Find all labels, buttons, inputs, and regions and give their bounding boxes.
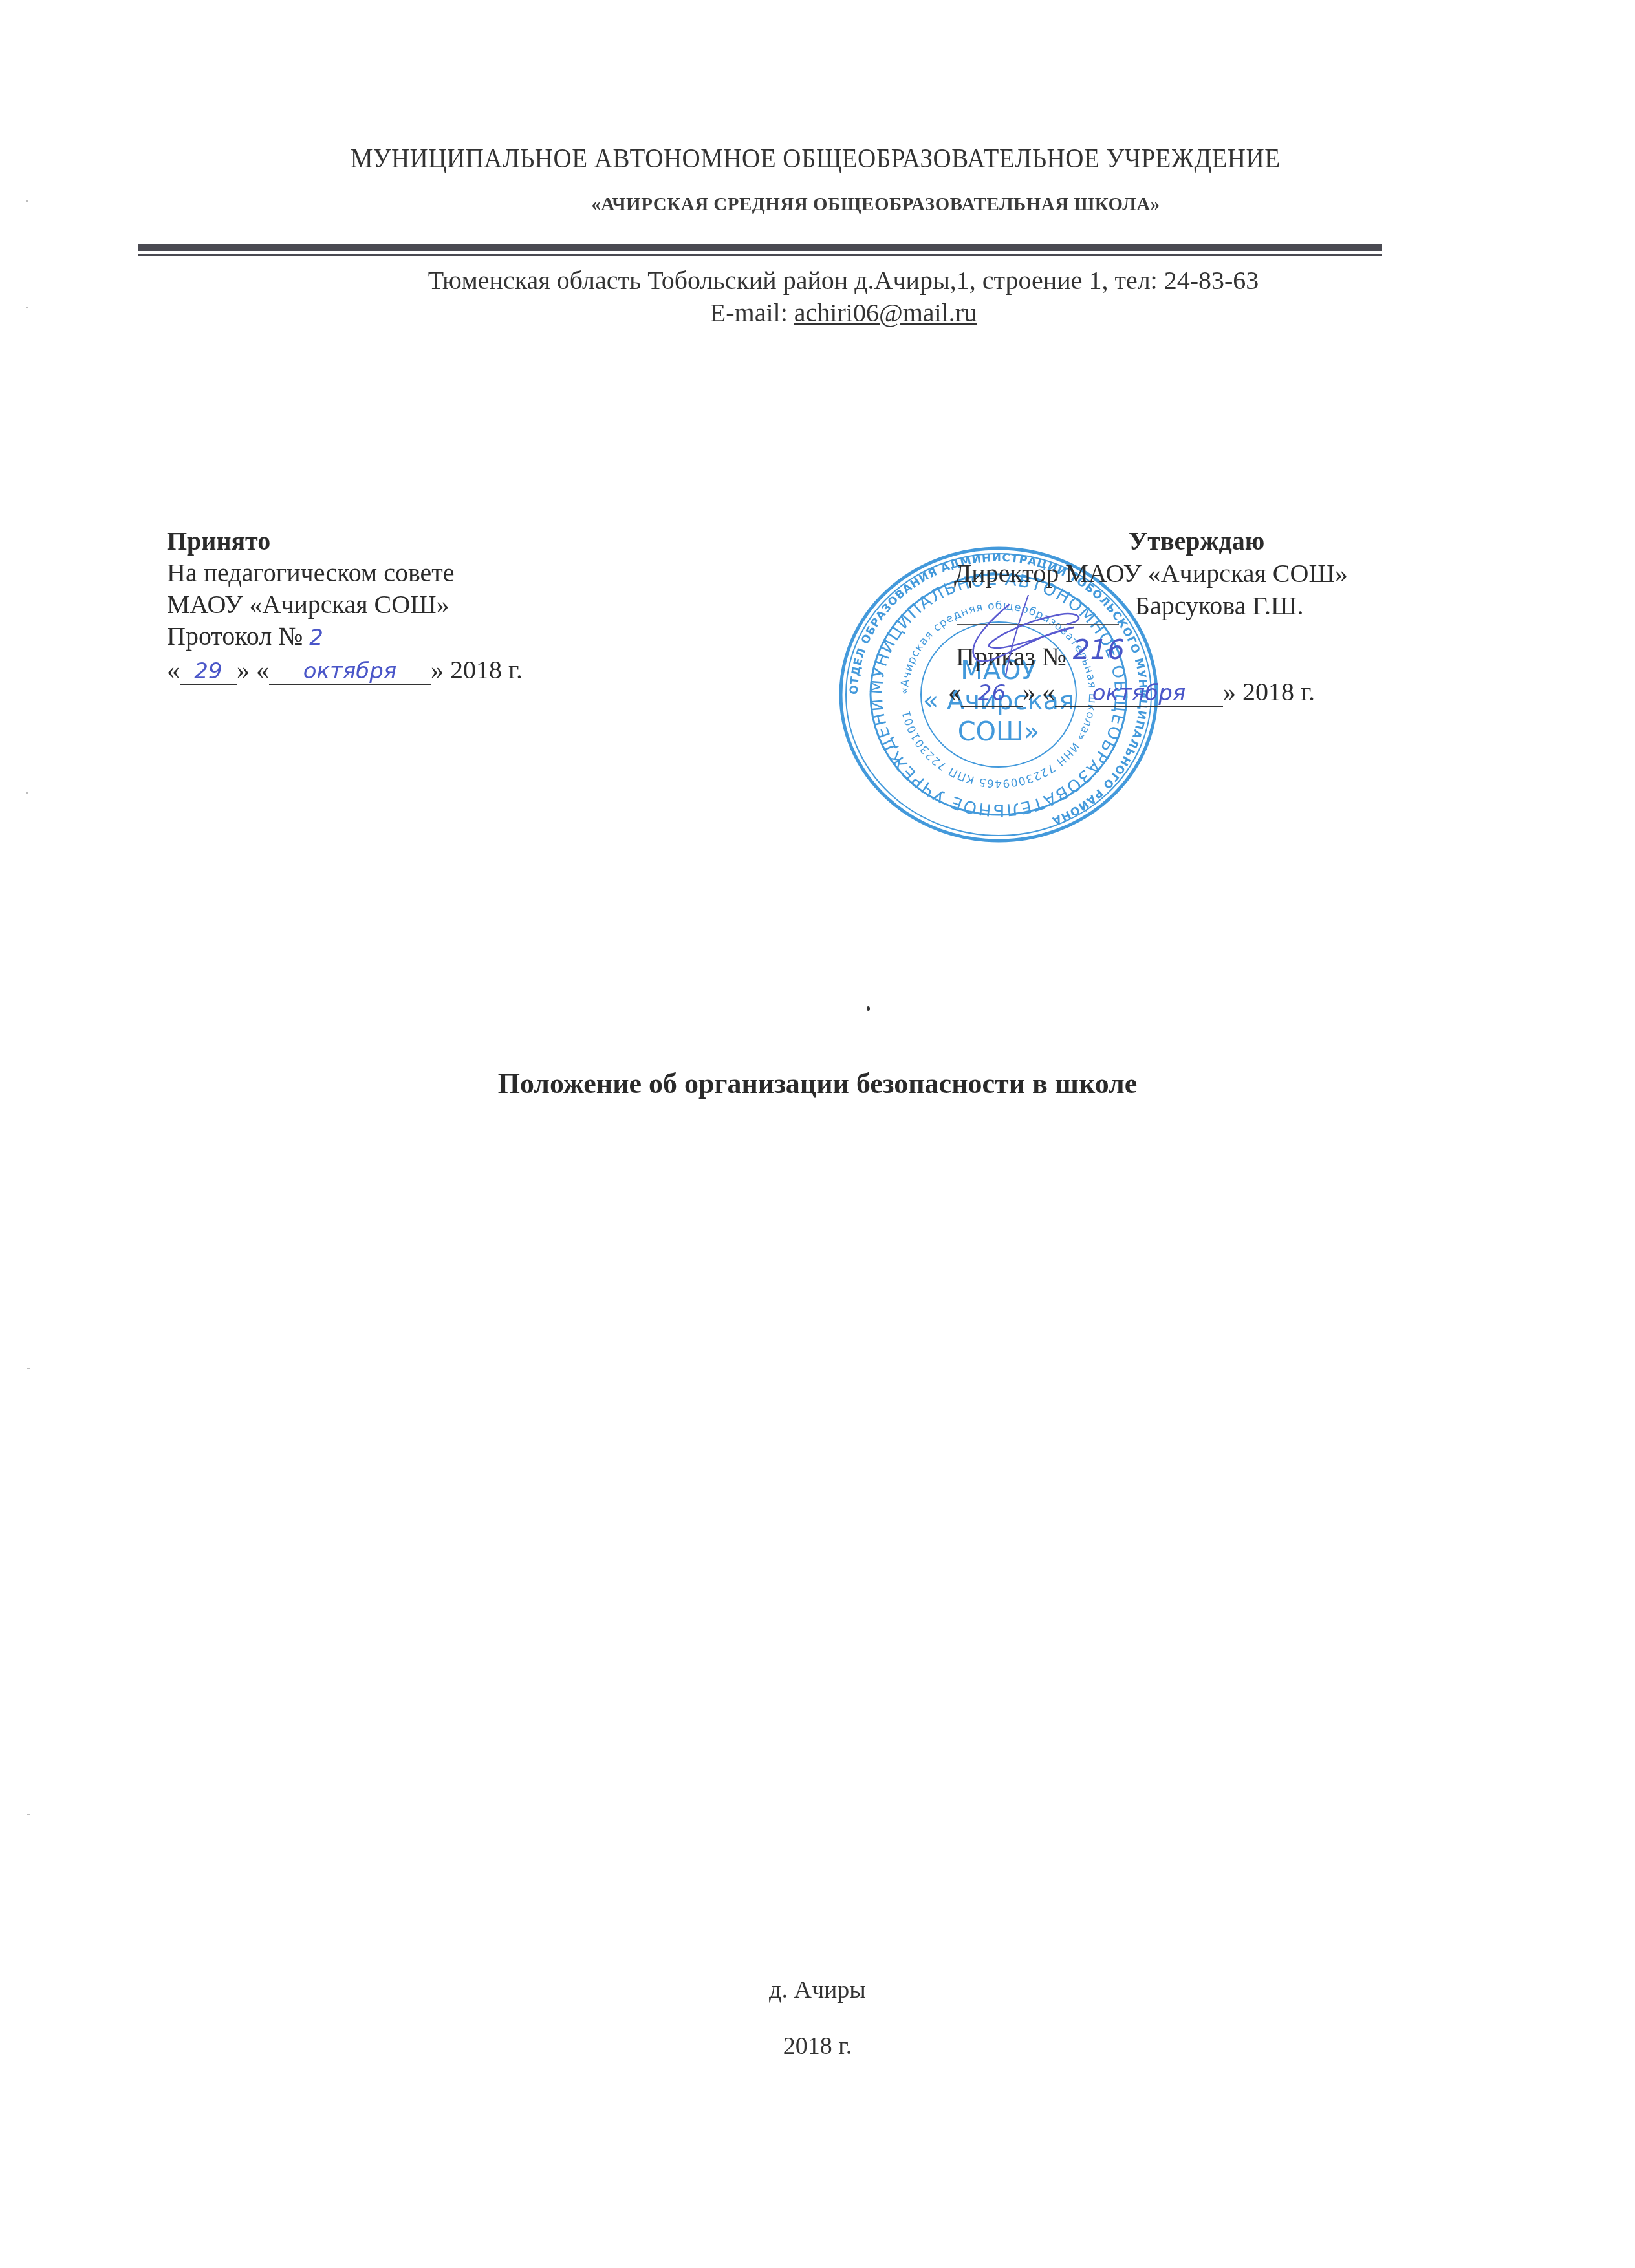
email-label: E-mail:	[710, 298, 794, 327]
accepted-year: » 2018 г.	[431, 655, 523, 684]
scan-speck	[27, 1814, 30, 1815]
approved-director-title: Директор МАОУ «Ачирская СОШ»	[954, 557, 1348, 589]
scan-speck	[27, 1368, 30, 1369]
quote-open: «	[948, 677, 961, 706]
accepted-protocol: Протокол № 2	[167, 620, 523, 654]
accepted-block: Принято На педагогическом совете МАОУ «А…	[167, 525, 523, 686]
approved-heading: Утверждаю	[1129, 525, 1264, 557]
organization-name: «АЧИРСКАЯ СРЕДНЯЯ ОБЩЕОБРАЗОВАТЕЛЬНАЯ ШК…	[0, 194, 1635, 215]
scan-speck	[26, 792, 28, 794]
approved-day-handwritten: 26	[961, 681, 1023, 707]
organization-type: МУНИЦИПАЛЬНОЕ АВТОНОМНОЕ ОБЩЕОБРАЗОВАТЕЛ…	[55, 144, 1575, 175]
organization-address: Тюменская область Тобольский район д.Ачи…	[0, 265, 1635, 296]
quote-mid: » «	[237, 655, 269, 684]
document-title: Положение об организации безопасности в …	[0, 1067, 1635, 1100]
email-link[interactable]: achiri06@mail.ru	[794, 298, 977, 327]
organization-email-line: E-mail: achiri06@mail.ru	[0, 297, 1635, 328]
accepted-heading: Принято	[167, 525, 523, 557]
quote-mid: » «	[1023, 677, 1055, 706]
director-signature-icon	[951, 595, 1106, 679]
scan-dot	[867, 1006, 870, 1011]
accepted-month-handwritten: октября	[269, 659, 431, 685]
accepted-date: «29» «октября» 2018 г.	[167, 654, 523, 686]
accepted-day-handwritten: 29	[180, 659, 237, 685]
accepted-council: На педагогическом совете	[167, 557, 523, 589]
approved-year: » 2018 г.	[1223, 677, 1315, 706]
document-place: д. Ачиры	[0, 1976, 1635, 2004]
approved-director-name: Барсукова Г.Ш.	[1135, 590, 1303, 621]
stamp-center-line-3: СОШ»	[958, 717, 1040, 747]
approved-date: «26» «октября» 2018 г.	[948, 676, 1315, 707]
letterhead-rule-thick	[138, 244, 1382, 251]
document-year: 2018 г.	[0, 2032, 1635, 2060]
approved-month-handwritten: октября	[1055, 681, 1223, 707]
scan-speck	[26, 307, 28, 308]
protocol-number-handwritten: 2	[309, 625, 323, 651]
quote-open: «	[167, 655, 180, 684]
protocol-label: Протокол №	[167, 621, 309, 651]
letterhead-rule-thin	[138, 254, 1382, 256]
scan-speck	[26, 200, 28, 202]
accepted-school: МАОУ «Ачирская СОШ»	[167, 589, 523, 620]
